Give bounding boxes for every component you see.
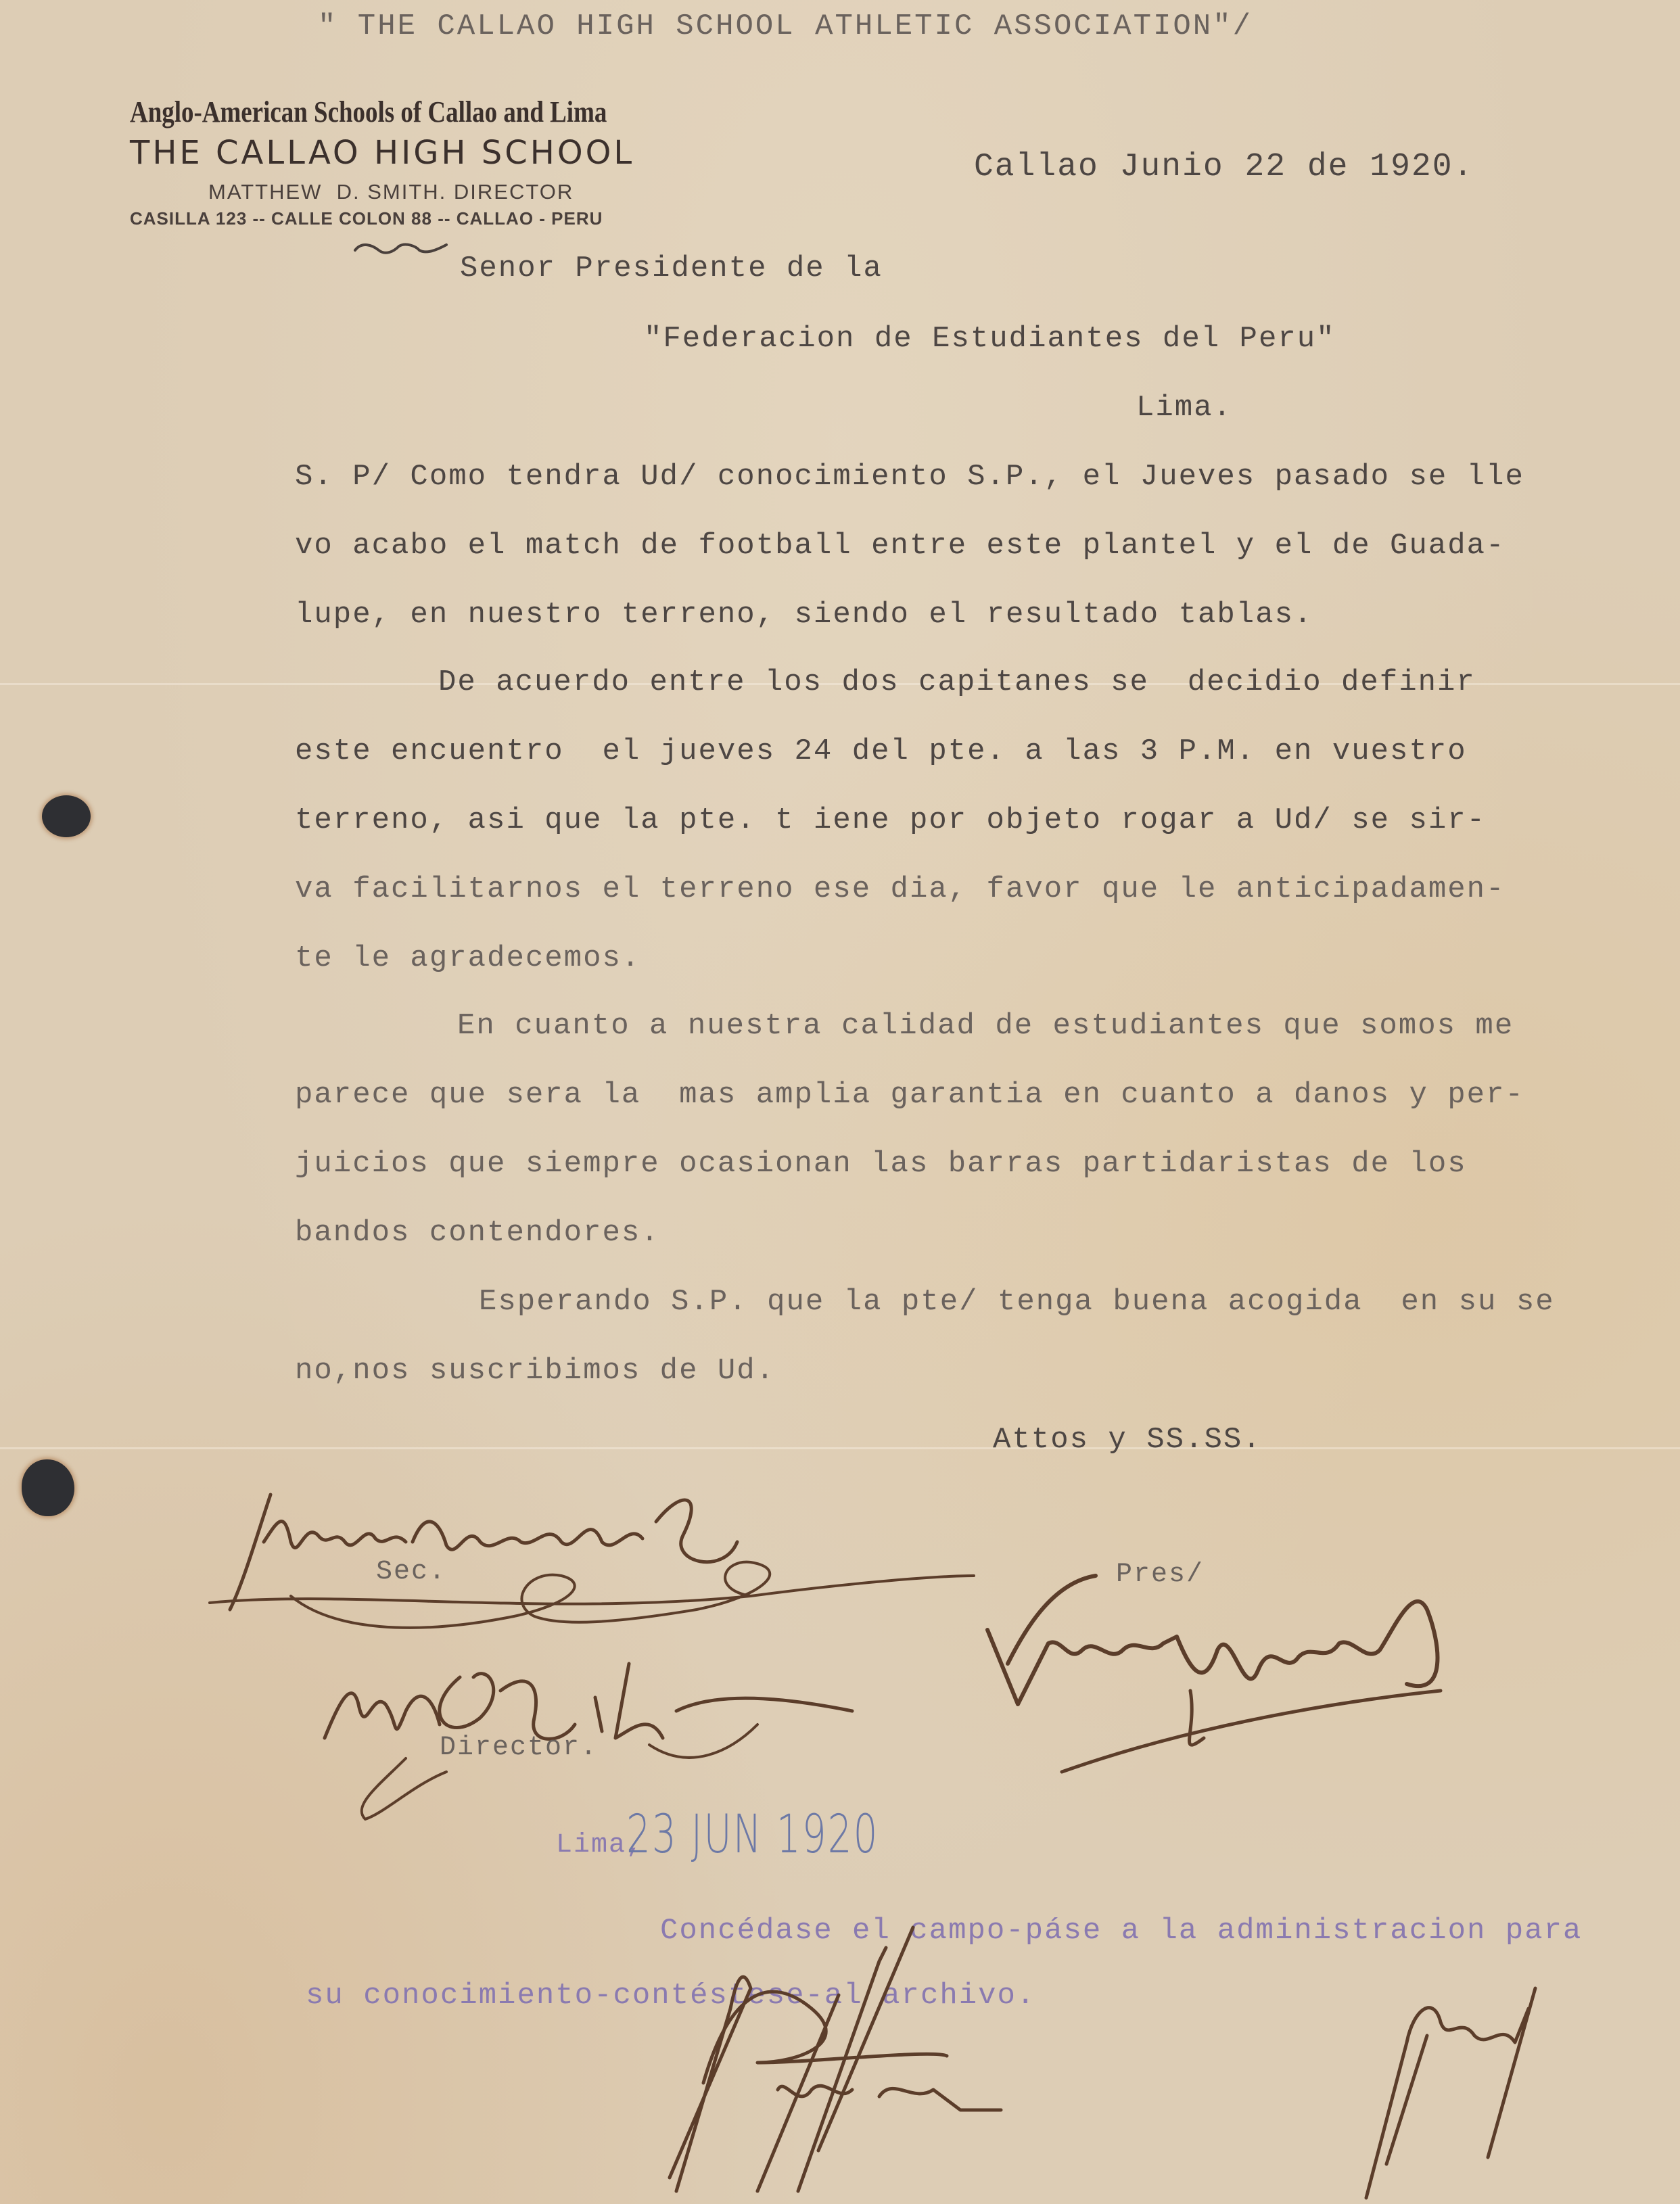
- body-line: De acuerdo entre los dos capitanes se de…: [438, 665, 1476, 699]
- body-line: En cuanto a nuestra calidad de estudiant…: [457, 1009, 1514, 1043]
- paper-crease: [0, 1447, 1680, 1449]
- letterhead-address: CASILLA 123 -- CALLE COLON 88 -- CALLAO …: [130, 208, 603, 229]
- letterhead-schools: Anglo-American Schools of Callao and Lim…: [130, 95, 607, 129]
- closing: Attos y SS.SS.: [993, 1423, 1262, 1457]
- addressee-line-2: "Federacion de Estudiantes del Peru": [644, 322, 1336, 356]
- director-role: Director.: [440, 1733, 598, 1763]
- signature-md-smith: [311, 1650, 906, 1826]
- signature-vicente-mendizabal: [974, 1569, 1461, 1799]
- body-line: juicios que siempre ocasionan las barras…: [295, 1147, 1467, 1181]
- addressee-line-3: Lima.: [1136, 391, 1232, 425]
- letter-date: Callao Junio 22 de 1920.: [974, 149, 1474, 185]
- body-line: este encuentro el jueves 24 del pte. a l…: [295, 734, 1467, 768]
- body-line: te le agradecemos.: [295, 941, 640, 975]
- association-header: " THE CALLAO HIGH SCHOOL ATHLETIC ASSOCI…: [318, 9, 1253, 43]
- body-line: va facilitarnos el terreno ese dia, favo…: [295, 872, 1505, 906]
- body-line: vo acabo el match de football entre este…: [295, 529, 1505, 563]
- letterhead-school-name: THE CALLAO HIGH SCHOOL: [130, 134, 634, 172]
- letterhead-director: MATTHEW D. SMITH. DIRECTOR: [208, 180, 574, 204]
- received-date-stamp: 23 JUN 1920: [626, 1804, 879, 1865]
- body-line: lupe, en nuestro terreno, siendo el resu…: [295, 598, 1313, 632]
- punch-hole: [22, 1459, 74, 1516]
- body-line: no,nos suscribimos de Ud.: [295, 1354, 775, 1388]
- body-line: parece que sera la mas amplia garantia e…: [295, 1078, 1524, 1112]
- addressee-line-1: Senor Presidente de la: [460, 252, 883, 285]
- secretary-role: Sec.: [376, 1557, 446, 1587]
- signature-official-1: [595, 1907, 1542, 2204]
- body-line: bandos contendores.: [295, 1216, 660, 1250]
- punch-hole: [42, 795, 91, 837]
- body-line: terreno, asi que la pte. t iene por obje…: [295, 803, 1486, 837]
- ornament-flourish-icon: [352, 238, 453, 258]
- body-line: S. P/ Como tendra Ud/ conocimiento S.P.,…: [295, 460, 1524, 494]
- signature-mariano-mendizabal: [210, 1481, 981, 1657]
- body-line: Esperando S.P. que la pte/ tenga buena a…: [479, 1285, 1555, 1319]
